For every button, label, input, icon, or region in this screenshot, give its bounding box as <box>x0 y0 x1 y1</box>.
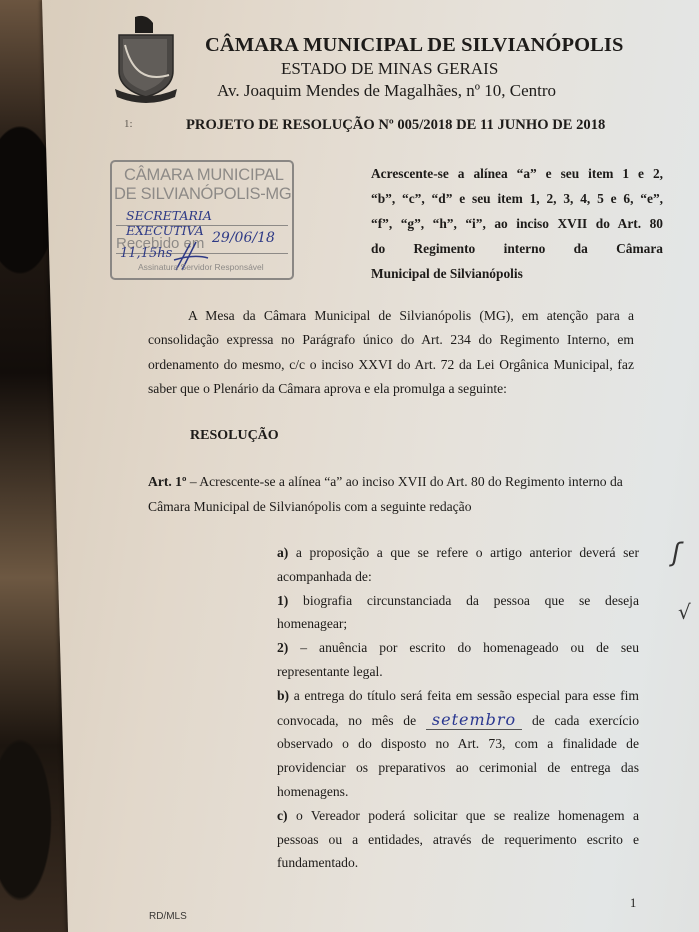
margin-mark: 1: <box>124 118 133 130</box>
resolution-heading: RESOLUÇÃO <box>190 428 279 444</box>
stamp-line-1: CÂMARA MUNICIPAL <box>124 166 284 185</box>
state-name: ESTADO DE MINAS GERAIS <box>281 59 498 79</box>
initials-mark-icon: ʃ <box>672 538 681 568</box>
item-c-line-2: pessoas ou a entidades, através de reque… <box>277 828 639 852</box>
article-1: Art. 1º – Acrescente-se a alínea “a” ao … <box>148 469 636 519</box>
article-1-label: Art. 1º <box>148 474 186 489</box>
item-b-line-4: providenciar os preparativos ao cerimoni… <box>277 756 639 780</box>
item-2-cont: representante legal. <box>277 660 639 684</box>
check-mark-icon: √ <box>678 600 691 624</box>
page-number: 1 <box>630 896 636 911</box>
item-c: c) o Vereador poderá solicitar que se re… <box>277 804 639 828</box>
item-a: a) a proposição a que se refere o artigo… <box>277 541 639 565</box>
address: Av. Joaquim Mendes de Magalhães, nº 10, … <box>217 81 556 101</box>
stamp-received-date: 29/06/18 <box>212 230 275 246</box>
stamp-signature-label: Assinatura Servidor Responsável <box>138 262 264 272</box>
resolution-summary: Acrescente-se a alínea “a” e seu item 1 … <box>371 161 663 286</box>
item-b-line-5: homenagens. <box>277 780 639 804</box>
document-page: CÂMARA MUNICIPAL DE SILVIANÓPOLIS ESTADO… <box>0 0 699 932</box>
preamble: A Mesa da Câmara Municipal de Silvianópo… <box>148 304 634 401</box>
article-1-text: – Acrescente-se a alínea “a” ao inciso X… <box>186 474 622 489</box>
summary-line: Acrescente-se a alínea “a” e seu item 1 … <box>371 161 663 186</box>
institution-name: CÂMARA MUNICIPAL DE SILVIANÓPOLIS <box>205 34 624 57</box>
item-b: b) a entrega do título será feita em ses… <box>277 684 639 708</box>
project-title: PROJETO DE RESOLUÇÃO Nº 005/2018 DE 11 J… <box>186 117 605 134</box>
summary-line: “f”, “g”, “h”, “i”, ao inciso XVII do Ar… <box>371 211 663 236</box>
stamp-received-time: 11,15hs <box>120 246 172 261</box>
receipt-stamp: CÂMARA MUNICIPAL DE SILVIANÓPOLIS-MG SEC… <box>110 160 294 280</box>
article-items: a) a proposição a que se refere o artigo… <box>277 541 639 875</box>
stamp-line-2: DE SILVIANÓPOLIS-MG <box>114 185 291 204</box>
summary-line: “b”, “c”, “d” e seu item 1, 2, 3, 4, 5 e… <box>371 186 663 211</box>
footer-code: RD/MLS <box>149 911 187 922</box>
preamble-line: consolidação expressa no Parágrafo único… <box>148 328 634 352</box>
item-1: 1) biografia circunstanciada da pessoa q… <box>277 589 639 613</box>
summary-line: Municipal de Silvianópolis <box>371 261 663 286</box>
item-1-cont: homenagear; <box>277 612 639 636</box>
item-2: 2) – anuência por escrito do homenageado… <box>277 636 639 660</box>
article-1-text-cont: Câmara Municipal de Silvianópolis com a … <box>148 494 636 519</box>
preamble-line: saber que o Plenário da Câmara aprova e … <box>148 377 634 401</box>
summary-line: do Regimento interno da Câmara <box>371 236 663 261</box>
coat-of-arms-icon <box>113 15 179 103</box>
item-b-line-3: observado o do disposto no Art. 73, com … <box>277 732 639 756</box>
handwritten-month: setembro <box>426 710 522 730</box>
preamble-line: ordenamento do mesmo, c/c o inciso XXVI … <box>148 353 634 377</box>
preamble-line: A Mesa da Câmara Municipal de Silvianópo… <box>148 304 634 328</box>
item-b-line-2: convocada, no mês de setembro de cada ex… <box>277 708 639 733</box>
item-a-cont: acompanhada de: <box>277 565 639 589</box>
item-c-line-3: fundamentado. <box>277 851 639 875</box>
